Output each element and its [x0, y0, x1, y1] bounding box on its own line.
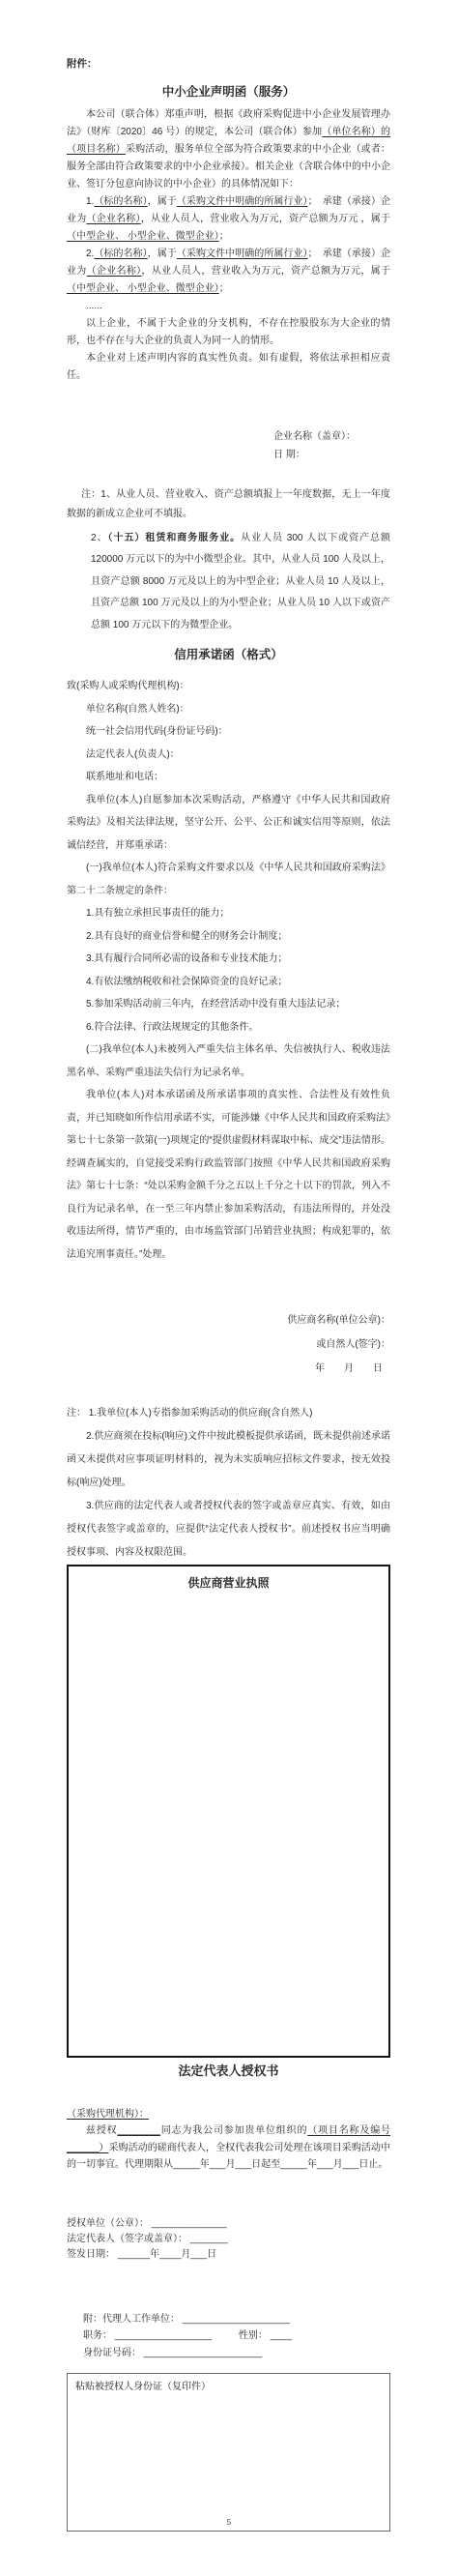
- text-segment: ，从业人员人，营业收入为万元，资产总额为万元，属于: [142, 266, 391, 277]
- declaration-note-1: 注：1、从业人员、营业收入、资产总额填报上一年度数据，无上一年度数据的新成立企业…: [67, 485, 390, 524]
- credit-note-2: 2.供应商须在投标(响应)文件中按此模板提供承诺函，既未提供前述承诺函又未提供对…: [67, 1425, 390, 1495]
- year-month-day-line: 年 月 日: [67, 1357, 390, 1381]
- business-license-box: 供应商营业执照: [67, 1565, 390, 2058]
- legal-rep-sign-line: 法定代表人（签字或盖章）： _______: [67, 2232, 390, 2247]
- credit-condition-item: 1.具有独立承担民事责任的能力；: [67, 902, 390, 925]
- declaration-clause-1: 1.（标的名称），属于（采购文件中明确的所属行业）； 承建（承接）企业为（企业名…: [67, 193, 390, 246]
- text-segment: ，属于: [148, 196, 177, 207]
- note-number: 2、: [91, 533, 108, 543]
- agent-position-gender-line: 职务： __________________性别： ____: [83, 2327, 390, 2345]
- text-segment: ；: [219, 231, 229, 242]
- id-copy-box: 粘贴被授权人身份证（复印件）: [67, 2373, 390, 2532]
- text-segment: 从业人员 300 人以下或资产总额 120000 万元以下的为中小微型企业。其中…: [91, 533, 390, 630]
- credit-pledge-paragraph: 我单位(本人)自愿参加本次采购活动，严格遵守《中华人民共和国政府采购法》及相关法…: [67, 789, 390, 858]
- credit-field-contact: 联系地址和电话：: [67, 766, 390, 789]
- text-segment: 兹授权: [86, 2125, 117, 2136]
- supplier-seal-line: 供应商名称(单位公章)：: [67, 1308, 390, 1332]
- document-content: 附件： 中小企业声明函（服务） 本公司（联合体）郑重声明，根据《政府采购促进中小…: [0, 0, 458, 2532]
- text-segment: ，从业人员人，营业收入为万元，资产总额为万元 ，属于: [141, 214, 390, 224]
- credit-condition-item: 4.有依法缴纳税收和社会保障资金的良好记录；: [67, 971, 390, 994]
- credit-condition-item: 2.具有良好的商业信誉和健全的财务会计制度；: [67, 925, 390, 949]
- credit-field-credit-code: 统一社会信用代码(身份证号码)：: [67, 720, 390, 744]
- credit-condition-item: 3.具有履行合同所必需的设备和专业技术能力；: [67, 948, 390, 971]
- underlined-placeholder: （企业名称）: [87, 266, 142, 277]
- industry-category-bold: （十五）租赁和商务服务业。: [108, 533, 242, 543]
- agency-line: （采购代理机构）：: [67, 2106, 390, 2122]
- credit-field-legal-rep: 法定代表人(负责人)：: [67, 744, 390, 767]
- credit-signature-block: 供应商名称(单位公章)： 或自然人(签字)： 年 月 日: [67, 1308, 390, 1381]
- declaration-clause-2: 2.（标的名称），属于（采购文件中明确的所属行业）； 承建（承接）企业为（企业名…: [67, 246, 390, 298]
- credit-note-3: 3.供应商的法定代表人或者授权代表的签字或盖章应真实、有效，如由授权代表签字或盖…: [67, 1495, 390, 1565]
- credit-condition-item: 5.参加采购活动前三年内，在经营活动中没有重大违法记录；: [67, 993, 390, 1016]
- id-copy-box-label: 粘贴被授权人身份证（复印件）: [75, 2380, 382, 2394]
- underlined-placeholder: （标的名称）: [94, 249, 147, 259]
- issue-date-line: 签发日期： ______年____月___日: [67, 2247, 390, 2263]
- underlined-placeholder: （采购文件中明确的所属行业）: [177, 196, 308, 207]
- agent-id-number-line: 身份证号码： ______________________: [83, 2345, 390, 2362]
- underlined-placeholder: （中型企业、 小型企业、微型企业）: [67, 283, 219, 294]
- declaration-title: 中小企业声明函（服务）: [67, 83, 390, 101]
- underlined-placeholder: （标的名称）: [94, 196, 147, 207]
- declaration-assurance-paragraph: 以上企业，不属于大企业的分支机构，不存在控股股东为大企业的情形，也不存在与大企业…: [67, 315, 390, 350]
- natural-person-sign-line: 或自然人(签字)：: [67, 1332, 390, 1357]
- underlined-placeholder: （采购代理机构）：: [67, 2109, 149, 2120]
- text-segment: 采购活动的磋商代表人，全权代表我公司处理在该项目采购活动中的一切事宜。代理期限从…: [67, 2143, 390, 2171]
- document-page: 附件： 中小企业声明函（服务） 本公司（联合体）郑重声明，根据《政府采购促进中小…: [0, 0, 458, 2576]
- position-line: 职务： __________________: [83, 2330, 212, 2341]
- blank-line: ________: [117, 2125, 160, 2136]
- date-line: 日 期：: [273, 446, 390, 464]
- business-license-box-title: 供应商营业执照: [69, 1574, 388, 1592]
- company-seal-line: 企业名称（盖章）：: [273, 427, 390, 446]
- credit-condition-item: 6.符合法律、行政法规规定的其他条件。: [67, 1016, 390, 1039]
- underlined-placeholder: （采购文件中明确的所属行业）: [177, 249, 308, 259]
- credit-condition-intro: (一)我单位(本人)符合采购文件要求以及《中华人民共和国政府采购法》第二十二条规…: [67, 857, 390, 902]
- page-number: 5: [0, 2518, 458, 2528]
- authorization-body-paragraph: 兹授权________同志为我公司参加贵单位组织的（项目名称及编号______）…: [67, 2122, 390, 2174]
- authorizing-unit-line: 授权单位（公章）： ______________: [67, 2216, 390, 2232]
- credit-letter-title: 信用承诺函（格式）: [67, 646, 390, 663]
- credit-addressee-line: 致(采购人或采购代理机构)：: [67, 675, 390, 698]
- credit-field-unit-name: 单位名称(自然人姓名)：: [67, 698, 390, 721]
- declaration-responsibility-paragraph: 本企业对上述声明内容的真实性负责。如有虚假，将依法承担相应责任。: [67, 350, 390, 385]
- agent-info-block: 附：代理人工作单位： ____________________ 职务： ____…: [83, 2311, 390, 2362]
- text-segment: ；: [219, 283, 229, 294]
- attachment-label: 附件：: [67, 56, 390, 72]
- text-segment: ，属于: [148, 249, 177, 259]
- credit-blacklist-paragraph: (二)我单位(本人)未被列入严重失信主体名单、失信被执行人、税收违法黑名单、采购…: [67, 1039, 390, 1084]
- declaration-signature-block: 企业名称（盖章）： 日 期：: [273, 427, 390, 464]
- credit-note-1: 注： 1.我单位(本人)专指参加采购活动的供应商(含自然人): [67, 1402, 390, 1425]
- credit-liability-paragraph: 我单位(本人)对本承诺函及所承诺事项的真实性、合法性及有效性负责，并已知晓如所作…: [67, 1084, 390, 1266]
- agent-work-unit-line: 附：代理人工作单位： ____________________: [83, 2311, 390, 2328]
- underlined-placeholder: （企业名称）: [86, 214, 140, 224]
- credit-notes-block: 注： 1.我单位(本人)专指参加采购活动的供应商(含自然人) 2.供应商须在投标…: [67, 1402, 390, 1565]
- text-segment: 同志为我公司参加贵单位组织的: [160, 2125, 307, 2136]
- ellipsis-line: ......: [67, 298, 390, 315]
- gender-line: 性别： ____: [239, 2330, 292, 2341]
- underlined-placeholder: （中型企业、 小型企业、微型企业）: [67, 231, 219, 242]
- authorization-signature-block: 授权单位（公章）： ______________ 法定代表人（签字或盖章）： _…: [67, 2216, 390, 2263]
- declaration-note-2: 2、（十五）租赁和商务服务业。从业人员 300 人以下或资产总额 120000 …: [91, 528, 390, 636]
- authorization-title: 法定代表人授权书: [67, 2062, 390, 2081]
- declaration-intro-paragraph: 本公司（联合体）郑重声明，根据《政府采购促进中小企业发展管理办法》（财库〔202…: [67, 106, 390, 193]
